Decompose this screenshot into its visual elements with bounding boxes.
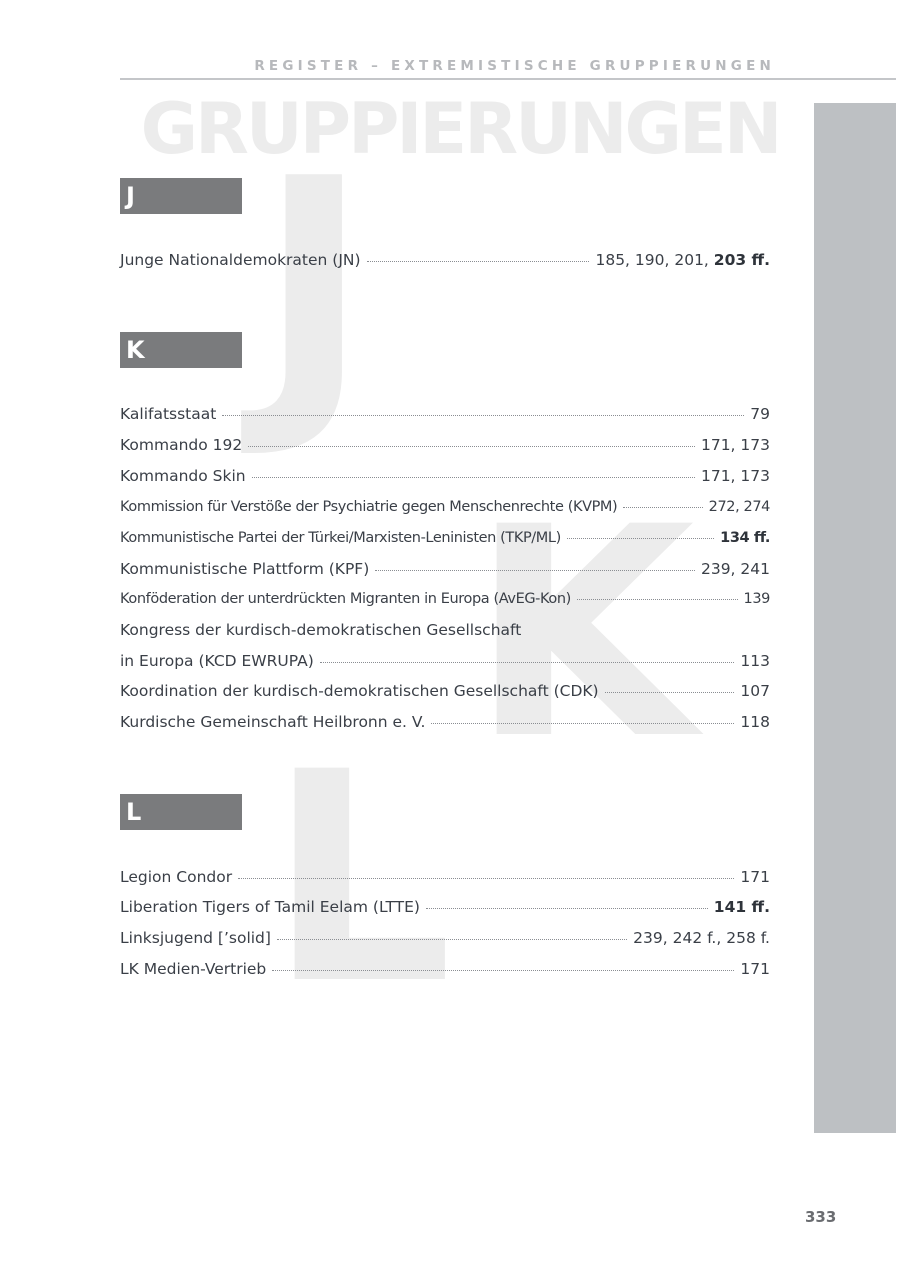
sidebar-bar bbox=[814, 103, 896, 1133]
entry-pages: 139 bbox=[738, 588, 770, 610]
entry-pages: 118 bbox=[734, 711, 770, 733]
entry-name: Kalifatsstaat bbox=[120, 403, 222, 425]
entry-name: Kommando Skin bbox=[120, 465, 252, 487]
entry-pages: 185, 190, 201, 203 ff. bbox=[589, 249, 770, 271]
entry-pages: 239, 241 bbox=[695, 558, 770, 580]
index-entry: Kommission für Verstöße der Psychiatrie … bbox=[120, 496, 770, 518]
entry-pages: 134 ff. bbox=[714, 527, 770, 549]
entry-name: Kommunistische Partei der Türkei/Marxist… bbox=[120, 527, 567, 549]
entry-name: Koordination der kurdisch-demokratischen… bbox=[120, 680, 605, 702]
dot-leader bbox=[320, 662, 735, 663]
section-label-l: L bbox=[120, 794, 242, 830]
index-entry-line2: in Europa (KCD EWRUPA) 113 bbox=[120, 650, 770, 672]
entry-pages: 113 bbox=[734, 650, 770, 672]
entry-pages: 171 bbox=[734, 866, 770, 888]
index-entry: LK Medien-Vertrieb 171 bbox=[120, 958, 770, 980]
entry-name: Legion Condor bbox=[120, 866, 238, 888]
dot-leader bbox=[248, 446, 695, 447]
dot-leader bbox=[431, 723, 734, 724]
entry-name: Kurdische Gemeinschaft Heilbronn e. V. bbox=[120, 711, 431, 733]
entry-name: Kommando 192 bbox=[120, 434, 248, 456]
entry-name: Linksjugend [’solid] bbox=[120, 927, 277, 949]
entry-pages: 272, 274 bbox=[703, 496, 770, 518]
dot-leader bbox=[567, 538, 714, 539]
index-entry: Koordination der kurdisch-demokratischen… bbox=[120, 680, 770, 702]
index-entry: Liberation Tigers of Tamil Eelam (LTTE) … bbox=[120, 896, 770, 918]
entry-pages: 239, 242 f., 258 f. bbox=[627, 927, 770, 949]
page-number: 333 bbox=[805, 1208, 836, 1226]
header-rule bbox=[120, 78, 896, 80]
entry-pages: 107 bbox=[734, 680, 770, 702]
entry-pages: 79 bbox=[744, 403, 770, 425]
section-label-k: K bbox=[120, 332, 242, 368]
dot-leader bbox=[252, 477, 695, 478]
entry-name: Kommission für Verstöße der Psychiatrie … bbox=[120, 496, 623, 518]
dot-leader bbox=[426, 908, 708, 909]
running-header: REGISTER – EXTREMISTISCHE GRUPPIERUNGEN bbox=[120, 58, 775, 74]
index-entry-line1: Kongress der kurdisch-demokratischen Ges… bbox=[120, 619, 770, 641]
dot-leader bbox=[277, 939, 627, 940]
entry-name: Kongress der kurdisch-demokratischen Ges… bbox=[120, 619, 527, 641]
index-entry: Junge Nationaldemokraten (JN) 185, 190, … bbox=[120, 249, 770, 271]
entry-name: Junge Nationaldemokraten (JN) bbox=[120, 249, 367, 271]
entry-pages: 171 bbox=[734, 958, 770, 980]
index-entry: Kalifatsstaat 79 bbox=[120, 403, 770, 425]
index-entry: Kommunistische Plattform (KPF) 239, 241 bbox=[120, 558, 770, 580]
watermark-word: GRUPPIERUNGEN bbox=[140, 88, 780, 170]
dot-leader bbox=[623, 507, 702, 508]
entry-pages: 171, 173 bbox=[695, 465, 770, 487]
index-entry: Kommando Skin 171, 173 bbox=[120, 465, 770, 487]
watermark-letter-j: J bbox=[258, 140, 370, 440]
index-entry: Linksjugend [’solid] 239, 242 f., 258 f. bbox=[120, 927, 770, 949]
dot-leader bbox=[272, 970, 734, 971]
index-entry: Konföderation der unterdrückten Migrante… bbox=[120, 588, 770, 610]
dot-leader bbox=[605, 692, 735, 693]
entry-pages: 171, 173 bbox=[695, 434, 770, 456]
entry-pages: 141 ff. bbox=[708, 896, 770, 918]
entry-name-continued: in Europa (KCD EWRUPA) bbox=[120, 650, 320, 672]
index-entry: Kommunistische Partei der Türkei/Marxist… bbox=[120, 527, 770, 549]
dot-leader bbox=[577, 599, 738, 600]
dot-leader bbox=[238, 878, 734, 879]
dot-leader bbox=[222, 415, 744, 416]
entry-name: Konföderation der unterdrückten Migrante… bbox=[120, 588, 577, 610]
entry-name: Liberation Tigers of Tamil Eelam (LTTE) bbox=[120, 896, 426, 918]
entry-name: LK Medien-Vertrieb bbox=[120, 958, 272, 980]
section-label-j: J bbox=[120, 178, 242, 214]
index-entry: Kommando 192 171, 173 bbox=[120, 434, 770, 456]
index-entry: Kurdische Gemeinschaft Heilbronn e. V. 1… bbox=[120, 711, 770, 733]
dot-leader bbox=[375, 570, 695, 571]
dot-leader bbox=[367, 261, 590, 262]
index-entry: Legion Condor 171 bbox=[120, 866, 770, 888]
entry-name: Kommunistische Plattform (KPF) bbox=[120, 558, 375, 580]
